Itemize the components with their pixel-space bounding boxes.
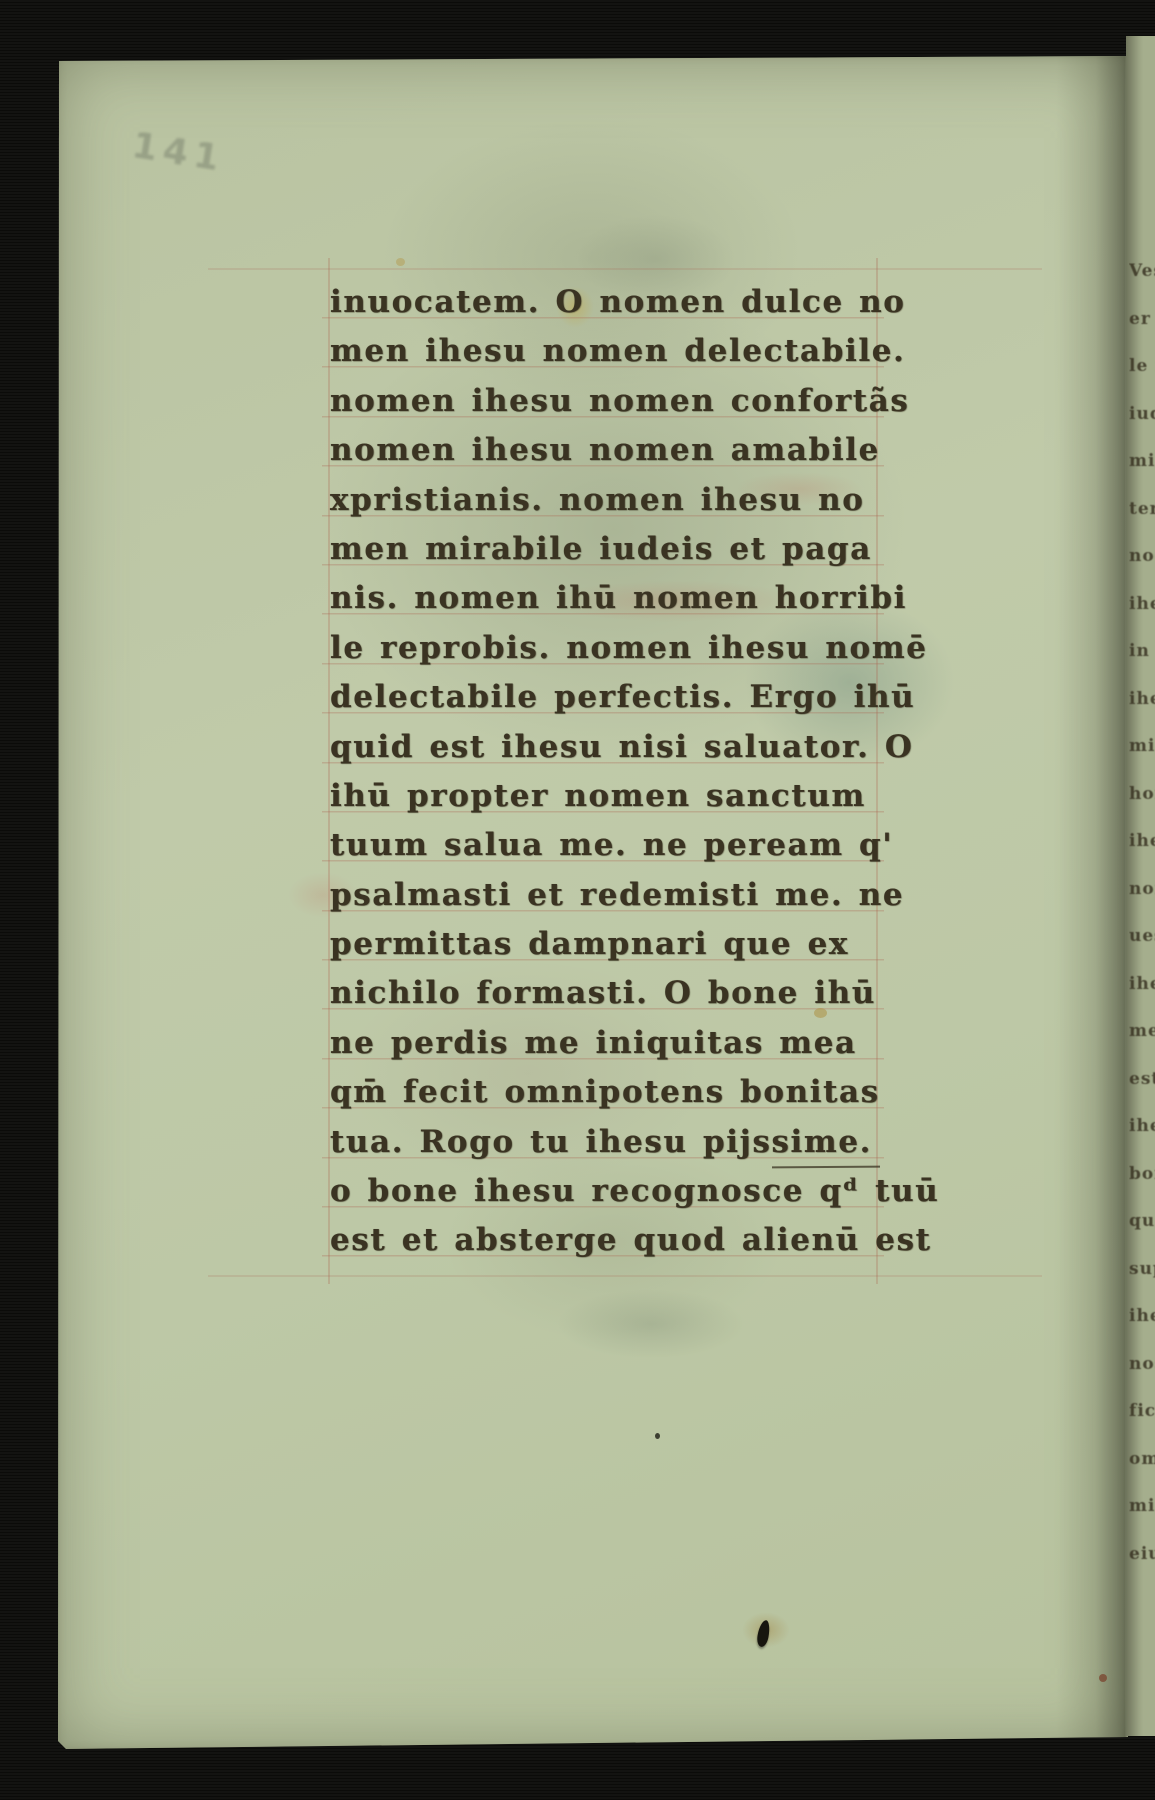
text-line: ne perdis me iniquitas mea [322,1019,884,1068]
text-line: quid est ihesu nisi saluator. O [322,723,884,772]
facing-text-fragment: er mea [1129,296,1155,344]
facing-text-fragment: est et [1129,1056,1155,1104]
facing-text-fragment: eius [1129,1531,1155,1579]
facing-text-fragment: hora [1129,771,1155,819]
facing-text-fragment: mecum [1129,1008,1155,1056]
text-line: delectabile perfectis. Ergo ihū [322,673,884,722]
text-line: psalmasti et redemisti me. ne [322,871,884,920]
text-line: nomen ihesu nomen amabile [322,426,884,475]
stain-fleck [814,1008,827,1018]
facing-text-fragment: michi [1129,1483,1155,1531]
stain-fleck [396,258,405,266]
gutter-shadow [1056,54,1128,1752]
parchment-smudge [556,1289,746,1359]
facing-page-text-fragments: Veser meale nediudicamisereterranocturih… [1129,248,1155,1648]
facing-text-fragment: misere [1129,438,1155,486]
facing-text-fragment: noctur [1129,533,1155,581]
text-line: qm̄ fecit omnipotens bonitas [322,1068,884,1117]
text-line: men ihesu nomen delectabile. [322,327,884,376]
facing-text-fragment: michi [1129,723,1155,771]
facing-text-fragment: nomen [1129,866,1155,914]
ruling-line-top [208,268,1042,270]
text-line: men mirabile iudeis et paga [322,525,884,574]
facing-text-fragment: le ned [1129,343,1155,391]
facing-text-fragment: super [1129,1246,1155,1294]
facing-text-fragment: terra [1129,486,1155,534]
text-line: est et absterge quod alienū est [322,1216,884,1265]
text-line: inuocatem. O nomen dulce no [322,278,884,327]
facing-text-fragment: ihesu c [1129,676,1155,724]
facing-text-fragment: ihesu [1129,818,1155,866]
ink-speck [655,1433,660,1439]
facing-text-fragment: quod [1129,1198,1155,1246]
facing-page-edge: Veser meale nediudicamisereterranocturih… [1126,36,1155,1736]
facing-text-fragment: iudica [1129,391,1155,439]
text-line: le reprobis. nomen ihesu nomē [322,624,884,673]
facing-text-fragment: Ves [1129,248,1155,296]
folio-number-pencil: 141 [129,125,227,180]
facing-text-fragment: ficut [1129,1388,1155,1436]
facing-text-fragment: bonit [1129,1151,1155,1199]
facing-text-fragment: ihesu [1129,961,1155,1009]
text-line: permittas dampnari que ex [322,920,884,969]
latin-text-block: inuocatem. O nomen dulce nomen ihesu nom… [322,278,884,1266]
text-line: ihū propter nomen sanctum [322,772,884,821]
ruling-line-bottom [208,1275,1042,1277]
facing-text-fragment: ihesu [1129,1293,1155,1341]
facing-text-fragment: uestr [1129,913,1155,961]
facing-text-fragment: in inf [1129,628,1155,676]
text-line: nis. nomen ihū nomen horribi [322,574,884,623]
text-line: nichilo formasti. O bone ihū [322,969,884,1018]
text-line: xpristianis. nomen ihesu no [322,476,884,525]
facing-text-fragment: ihesu [1129,581,1155,629]
facing-text-fragment: ihesu [1129,1103,1155,1151]
facing-text-fragment: omnia [1129,1436,1155,1484]
rust-speck [1099,1674,1107,1682]
text-line: tuum salua me. ne peream q' [322,821,884,870]
text-line: nomen ihesu nomen confortãs [322,377,884,426]
text-line: o bone ihesu recognosce qᵈ tuū [322,1167,884,1216]
manuscript-photo: { "manuscript": { "folio_mark": "141", "… [0,0,1155,1800]
text-line: tua. Rogo tu ihesu pijssime. [322,1118,884,1167]
facing-text-fragment: nostre [1129,1341,1155,1389]
